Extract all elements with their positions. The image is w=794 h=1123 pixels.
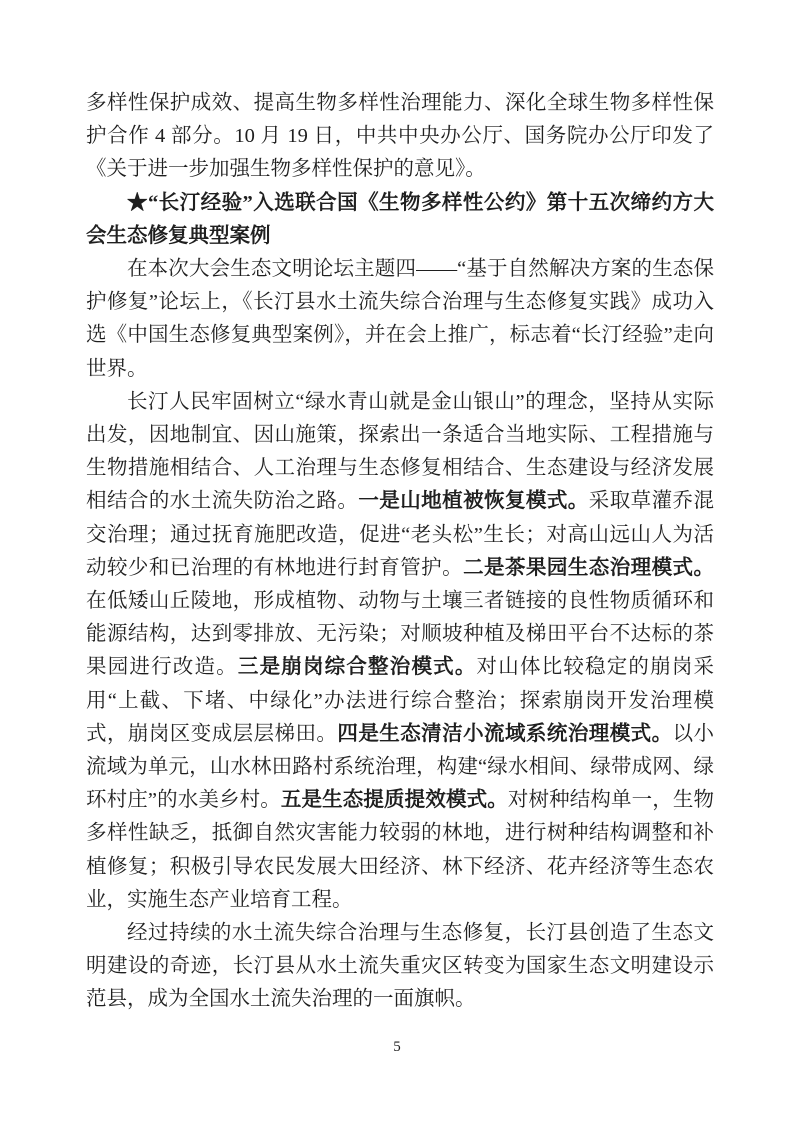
para-five-governance-models: 长汀人民牢固树立“绿水青山就是金山银山”的理念，坚持从实际出发，因地制宜、因山施… — [86, 386, 714, 917]
bold-text-run: 一是山地植被恢复模式。 — [358, 490, 588, 512]
page-number: 5 — [393, 1039, 401, 1055]
bold-text-run: 三是崩岗综合整治模式。 — [238, 656, 477, 678]
page-footer: 5 — [0, 1038, 794, 1056]
heading-changting-experience: ★“长汀经验”入选联合国《生物多样性公约》第十五次缔约方大会生态修复典型案例 — [86, 187, 714, 253]
bold-text-run: ★“长汀经验”入选联合国《生物多样性公约》第十五次缔约方大会生态修复典型案例 — [86, 192, 714, 247]
para-achievement-summary: 经过持续的水土流失综合治理与生态修复，长汀县创造了生态文明建设的奇迹，长汀县从水… — [86, 917, 714, 1017]
bold-text-run: 五是生态提质提效模式。 — [281, 789, 508, 811]
bold-text-run: 四是生态清洁小流域系统治理模式。 — [337, 723, 672, 745]
document-page: 多样性保护成效、提高生物多样性治理能力、深化全球生物多样性保护合作 4 部分。1… — [0, 0, 794, 1123]
bold-text-run: 二是茶果园生态治理模式。 — [463, 557, 714, 579]
para-forum-case-selection: 在本次大会生态文明论坛主题四——“基于自然解决方案的生态保护修复”论坛上，《长汀… — [86, 253, 714, 386]
text-run: 经过持续的水土流失综合治理与生态修复，长汀县创造了生态文明建设的奇迹，长汀县从水… — [86, 922, 714, 1010]
text-run: 在本次大会生态文明论坛主题四——“基于自然解决方案的生态保护修复”论坛上，《长汀… — [86, 258, 714, 380]
para-biodiversity-plan-continuation: 多样性保护成效、提高生物多样性治理能力、深化全球生物多样性保护合作 4 部分。1… — [86, 87, 714, 187]
document-body: 多样性保护成效、提高生物多样性治理能力、深化全球生物多样性保护合作 4 部分。1… — [86, 87, 714, 1017]
text-run: 多样性保护成效、提高生物多样性治理能力、深化全球生物多样性保护合作 4 部分。1… — [86, 92, 714, 180]
